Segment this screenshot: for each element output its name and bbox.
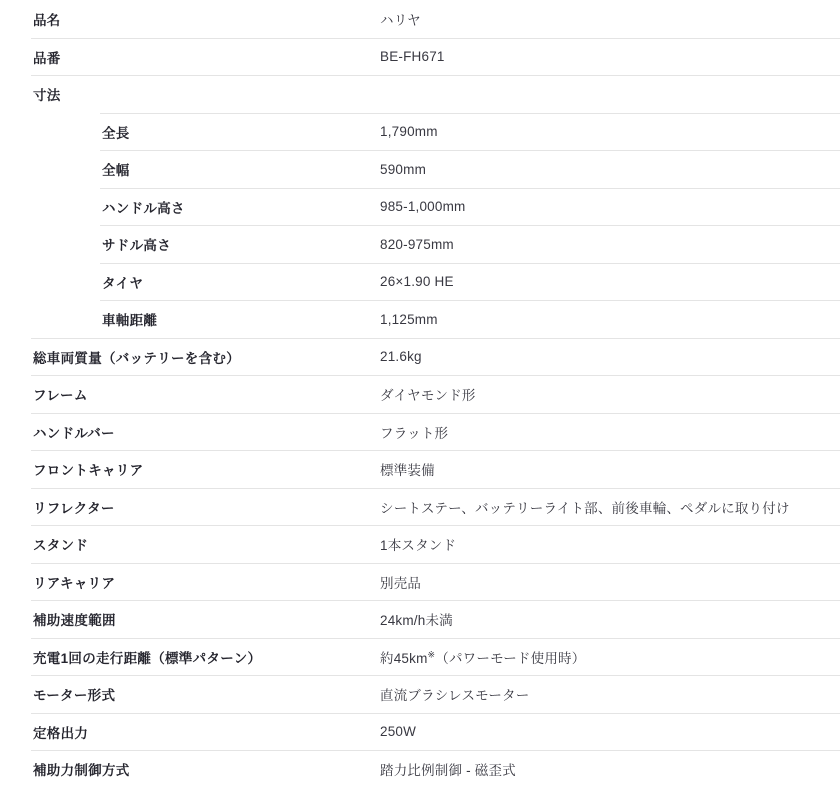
spec-row-value-text: 標準装備 [380,463,435,478]
spec-row: スタンド 1本スタンド [31,525,840,563]
spec-row-value: ハリヤ [380,9,840,29]
spec-row: 充電1回の走行距離（標準パターン） 約45km※（パワーモード使用時） [31,638,840,676]
spec-row-value: 1,125mm [380,312,840,327]
spec-row-value-text: 1,125mm [380,312,438,327]
spec-row-value-text: 踏力比例制御 - 磁歪式 [380,763,516,778]
spec-row-value-text: 250W [380,724,416,739]
spec-row-value: 26×1.90 HE [380,274,840,289]
spec-row: タイヤ 26×1.90 HE [100,263,840,301]
spec-table: 品名 ハリヤ 品番 BE-FH671 寸法 全長 1,790mm 全幅 590m… [0,0,840,787]
spec-row-label: リフレクター [31,497,380,517]
spec-row-value: 標準装備 [380,459,840,479]
spec-row: 全長 1,790mm [100,113,840,151]
spec-row-label: 全長 [100,122,380,142]
spec-row-value: ダイヤモンド形 [380,384,840,404]
spec-row-label: ハンドル高さ [100,197,380,217]
spec-row-value: 250W [380,724,840,739]
spec-row-value: 24km/h未満 [380,609,840,629]
spec-row-value: 1本スタンド [380,534,840,554]
spec-row: フレーム ダイヤモンド形 [31,375,840,413]
spec-row-value: 590mm [380,162,840,177]
spec-row-value-text: ハリヤ [380,13,421,28]
spec-row-label: スタンド [31,534,380,554]
spec-row-value: シートステー、バッテリーライト部、前後車輪、ペダルに取り付け [380,497,840,517]
spec-row-label: 補助力制御方式 [31,759,380,779]
spec-row: リフレクター シートステー、バッテリーライト部、前後車輪、ペダルに取り付け [31,488,840,526]
spec-row-value-text: 1,790mm [380,124,438,139]
spec-row-value: 別売品 [380,572,840,592]
spec-row: ハンドル高さ 985-1,000mm [100,188,840,226]
spec-row-label: モーター形式 [31,684,380,704]
spec-row-value-text: 21.6kg [380,349,422,364]
spec-row-label: 総車両質量（バッテリーを含む） [31,347,380,367]
spec-row: 寸法 [31,75,840,113]
spec-row-label: 品名 [31,9,380,29]
spec-row-value: 21.6kg [380,349,840,364]
spec-row-value-text: 約45km [380,651,428,666]
spec-row-value-text: 1本スタンド [380,538,456,553]
spec-row-value: 直流ブラシレスモーター [380,684,840,704]
spec-row-value: BE-FH671 [380,49,840,64]
spec-row: サドル高さ 820-975mm [100,225,840,263]
spec-row: 定格出力 250W [31,713,840,751]
spec-row-value-text: シートステー、バッテリーライト部、前後車輪、ペダルに取り付け [380,501,790,516]
spec-row-value: 1,790mm [380,124,840,139]
spec-row: 品名 ハリヤ [31,0,840,38]
spec-row: 車軸距離 1,125mm [100,300,840,338]
spec-row-value: 約45km※（パワーモード使用時） [380,647,840,667]
spec-row: 総車両質量（バッテリーを含む） 21.6kg [31,338,840,376]
spec-row-label: リアキャリア [31,572,380,592]
spec-row-label: 定格出力 [31,722,380,742]
spec-row-label: 品番 [31,47,380,67]
spec-row-label: 補助速度範囲 [31,609,380,629]
spec-row-value-text: ダイヤモンド形 [380,388,476,403]
spec-row-label: タイヤ [100,272,380,292]
spec-row-value: 踏力比例制御 - 磁歪式 [380,759,840,779]
spec-row-value-text: 985-1,000mm [380,199,466,214]
spec-row: 補助力制御方式 踏力比例制御 - 磁歪式 [31,750,840,787]
spec-row-value-text: フラット形 [380,426,448,441]
spec-row-label: フレーム [31,384,380,404]
spec-row-value-text: 26×1.90 HE [380,274,454,289]
spec-row-value: フラット形 [380,422,840,442]
spec-row-value-suffix: （パワーモード使用時） [435,651,585,666]
spec-row-value-text: 820-975mm [380,237,454,252]
spec-row-value-text: 別売品 [380,576,421,591]
spec-row: モーター形式 直流ブラシレスモーター [31,675,840,713]
spec-row-value: 820-975mm [380,237,840,252]
spec-row-value-text: 590mm [380,162,426,177]
spec-row: 補助速度範囲 24km/h未満 [31,600,840,638]
spec-row: リアキャリア 別売品 [31,563,840,601]
spec-row: フロントキャリア 標準装備 [31,450,840,488]
spec-row-value-text: 直流ブラシレスモーター [380,688,529,703]
spec-row-label: 車軸距離 [100,309,380,329]
spec-row: ハンドルバー フラット形 [31,413,840,451]
spec-row-label: サドル高さ [100,234,380,254]
spec-row-label: 充電1回の走行距離（標準パターン） [31,647,380,667]
spec-row-value-text: 24km/h未満 [380,613,453,628]
spec-row-label: 全幅 [100,159,380,179]
spec-row-label: ハンドルバー [31,422,380,442]
spec-row: 品番 BE-FH671 [31,38,840,76]
spec-row-label: フロントキャリア [31,459,380,479]
spec-row-value: 985-1,000mm [380,199,840,214]
spec-row-label: 寸法 [31,84,380,104]
spec-row-value-text: BE-FH671 [380,49,445,64]
spec-row: 全幅 590mm [100,150,840,188]
